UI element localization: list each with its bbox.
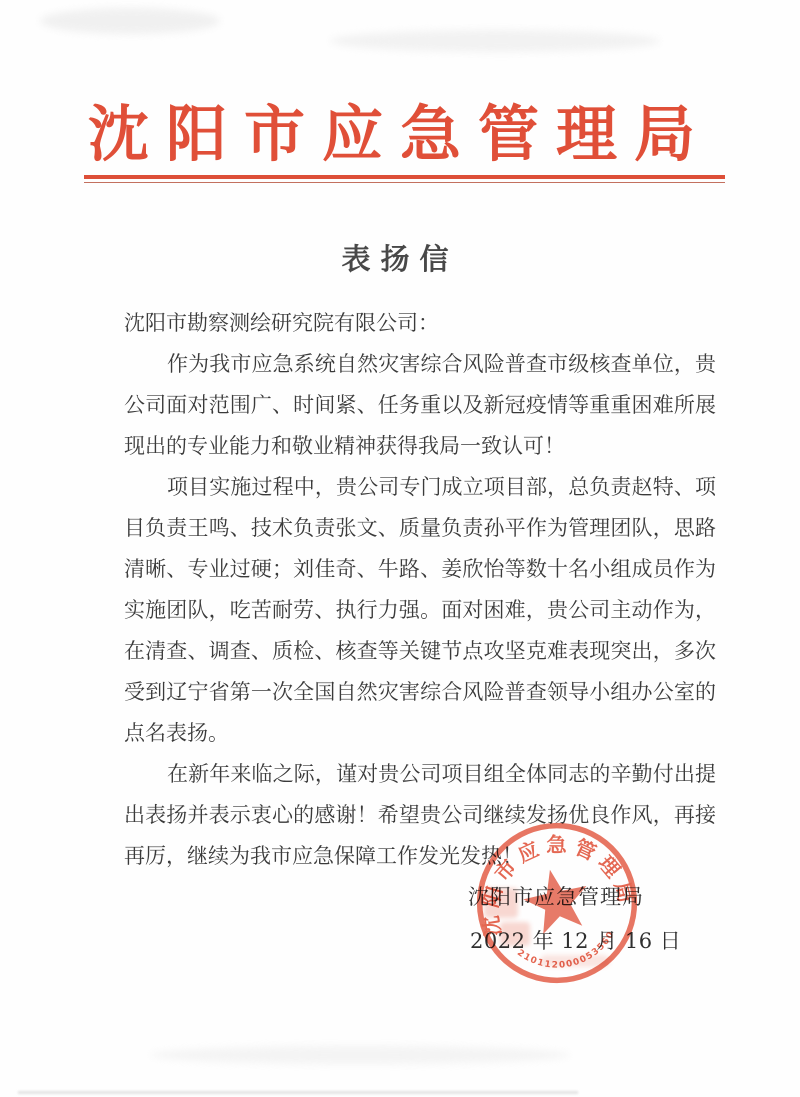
scan-artifact (330, 30, 660, 52)
letterhead-rule-thin (84, 182, 725, 183)
letterhead-agency-name: 沈阳市应急管理局 (0, 86, 800, 173)
paragraph: 作为我市应急系统自然灾害综合风险普查市级核查单位，贵公司面对范围广、时间紧、任务… (124, 344, 716, 467)
letter-body: 沈阳市勘察测绘研究院有限公司： 作为我市应急系统自然灾害综合风险普查市级核查单位… (124, 303, 716, 877)
letterhead-rule-thick (84, 175, 725, 179)
page-edge-shadow (18, 1091, 578, 1094)
ink-bleed-artifact (540, 955, 610, 967)
ink-bleed-artifact (500, 922, 530, 946)
paragraph: 项目实施过程中，贵公司专门成立项目部，总负责赵特、项目负责王鸣、技术负责张文、质… (124, 467, 716, 754)
scan-artifact (40, 8, 220, 34)
document-page: 沈阳市应急管理局 表扬信 沈阳市勘察测绘研究院有限公司： 作为我市应急系统自然灾… (0, 0, 800, 1097)
salutation: 沈阳市勘察测绘研究院有限公司： (124, 303, 716, 344)
letter-title: 表扬信 (0, 237, 800, 278)
scan-artifact (150, 1046, 570, 1064)
ink-bleed-artifact (484, 888, 518, 918)
letterhead-rule (84, 175, 725, 183)
